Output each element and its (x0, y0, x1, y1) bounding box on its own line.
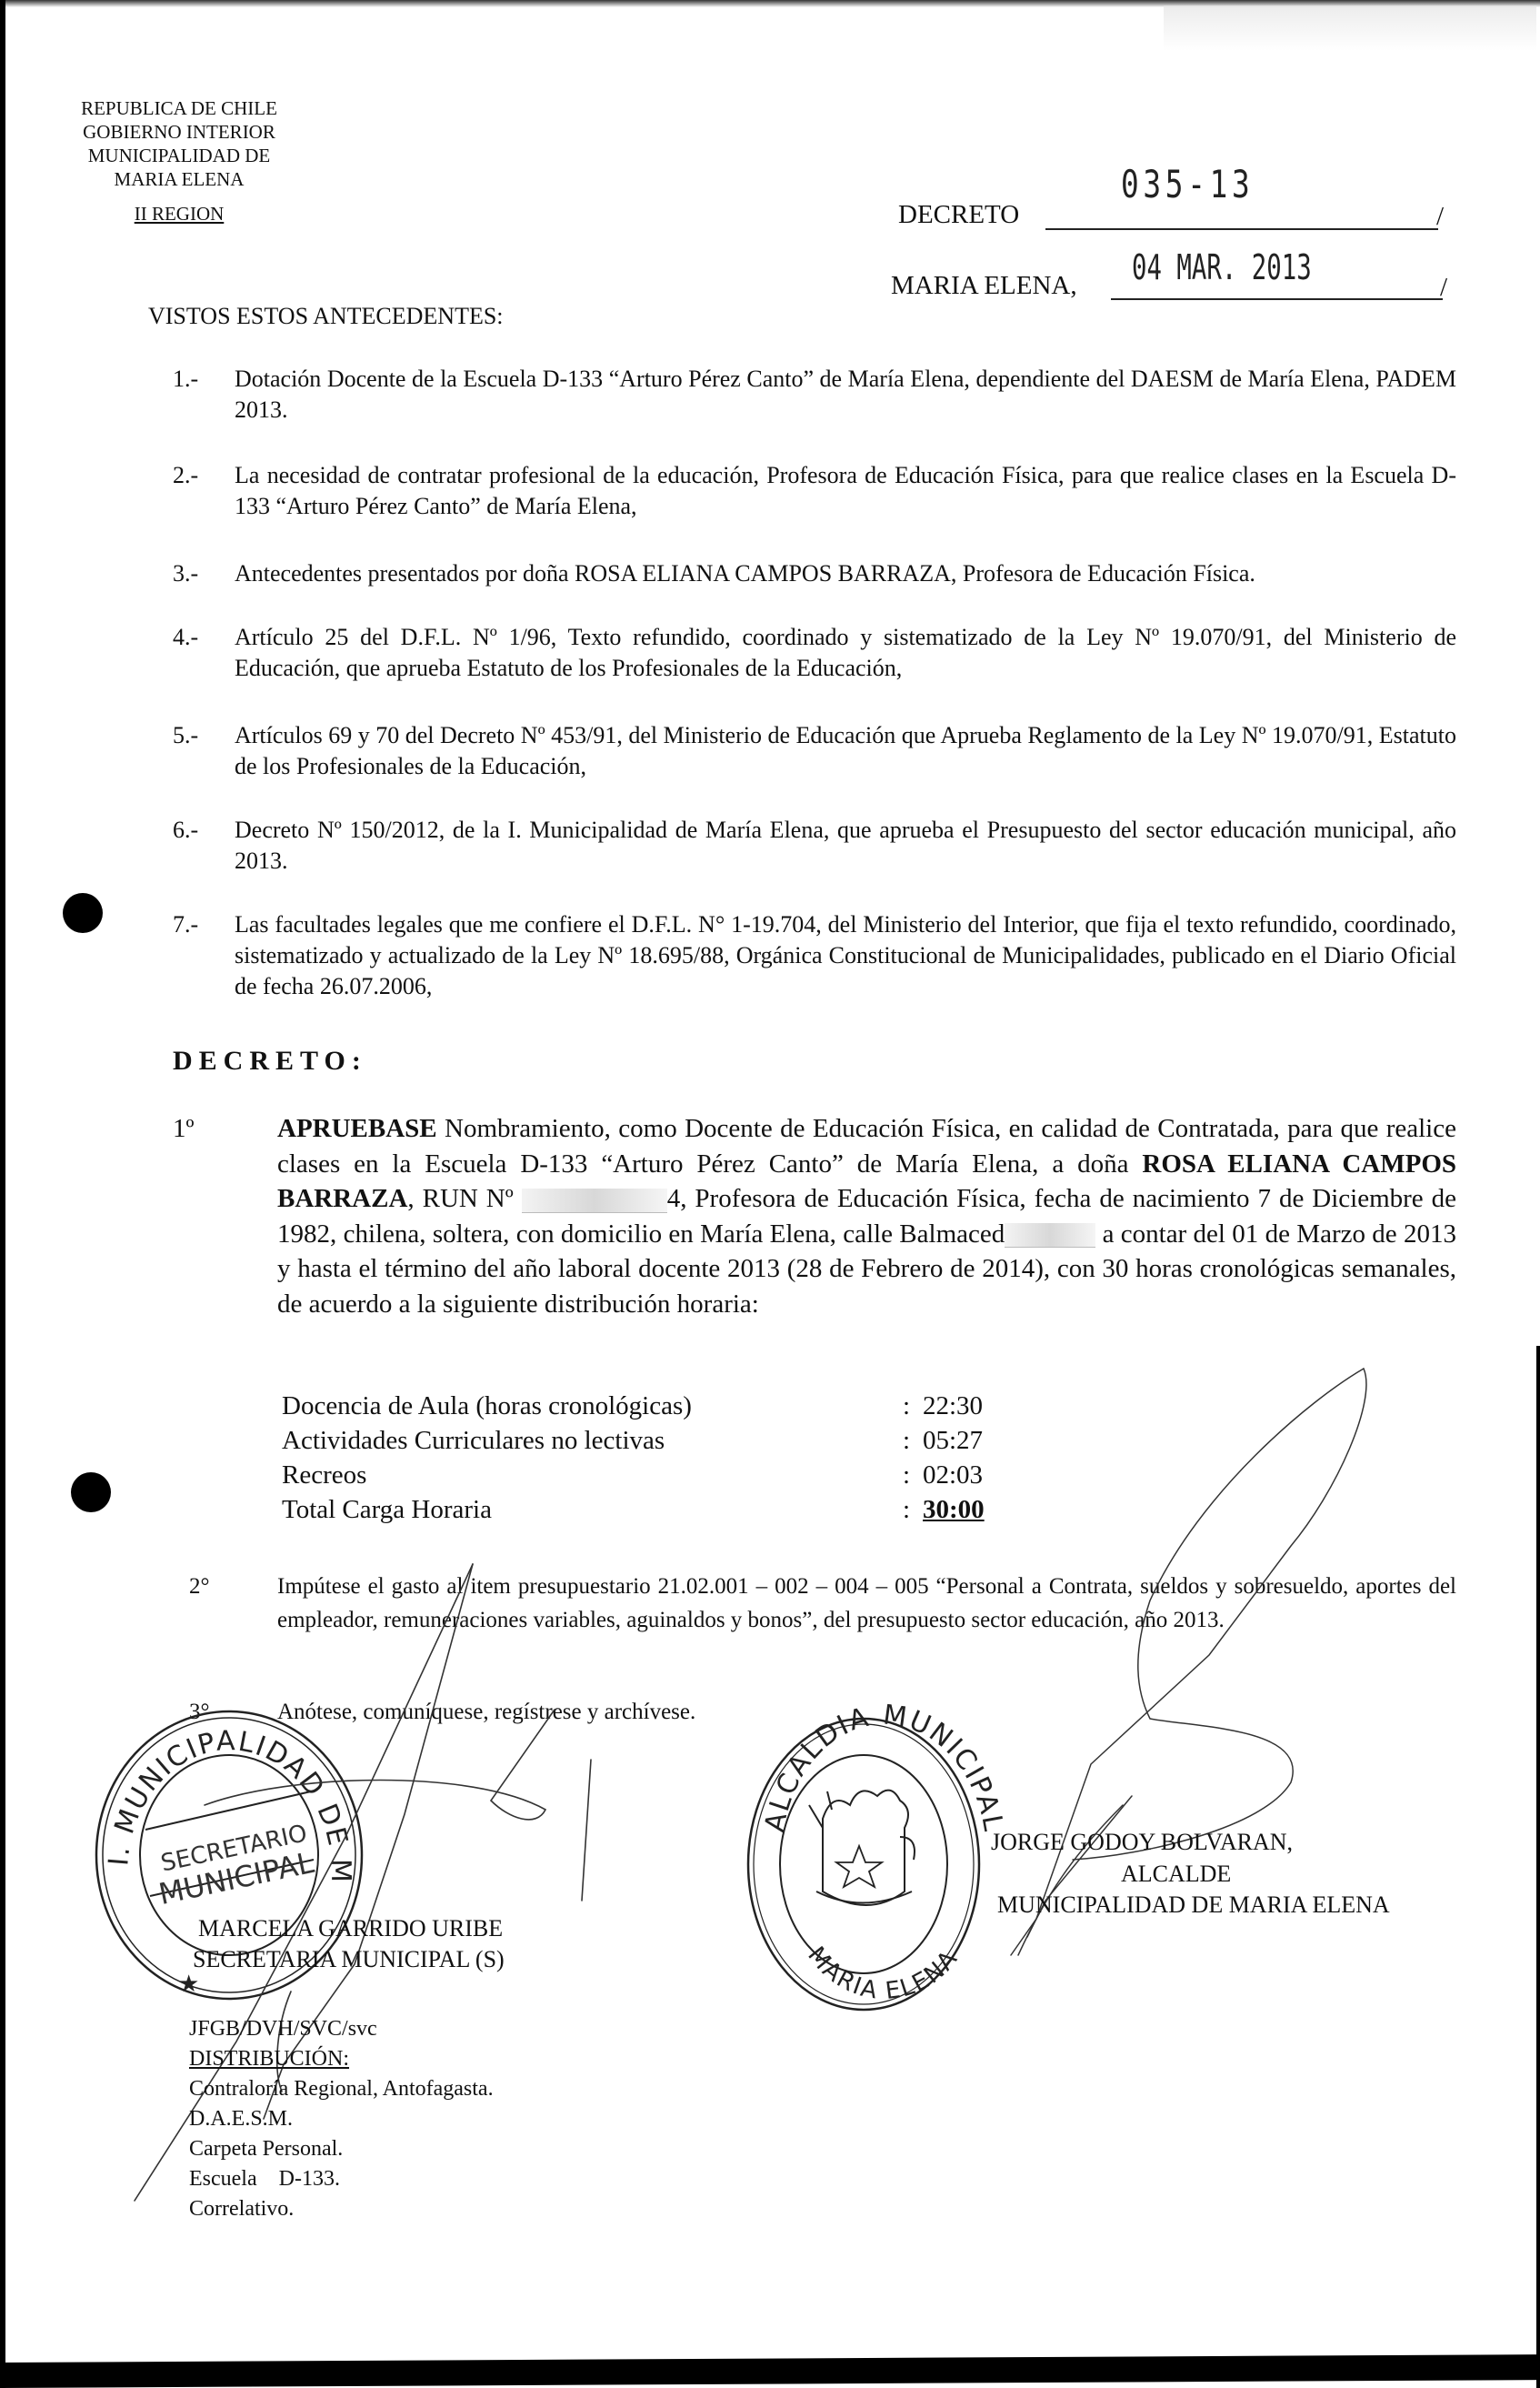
vistos-item-number: 4.- (173, 622, 198, 653)
vistos-item-text: Decreto Nº 150/2012, de la I. Municipali… (235, 815, 1456, 877)
vistos-item-text: Dotación Docente de la Escuela D-133 “Ar… (235, 364, 1456, 426)
schedule-label: Docencia de Aula (horas cronológicas) (282, 1391, 692, 1421)
schedule-value: 02:03 (923, 1460, 983, 1490)
schedule-colon: : (903, 1391, 910, 1421)
secretary-stamp-center-bottom: MUNICIPAL (155, 1845, 316, 1911)
schedule-label: Actividades Curriculares no lectivas (282, 1426, 665, 1456)
redacted-address (1005, 1223, 1095, 1248)
resolution-text: APRUEBASE Nombramiento, como Docente de … (277, 1111, 1456, 1321)
vistos-item-number: 1.- (173, 364, 198, 395)
schedule-total-value: 30:00 (923, 1495, 985, 1525)
vistos-item-number: 5.- (173, 720, 198, 751)
distribution-item: Carpeta Personal. (189, 2134, 343, 2164)
mayor-stamp-ring-bottom: MARIA ELENA (802, 1942, 964, 2005)
decree-number-stamp: 035-13 (1121, 162, 1254, 206)
schedule-colon: : (903, 1460, 910, 1490)
vistos-item-number: 3.- (173, 558, 198, 589)
vistos-item-number: 2.- (173, 460, 198, 491)
secretary-title: SECRETARIA MUNICIPAL (S) (193, 1946, 505, 1973)
decreto-heading: DECRETO: (173, 1046, 367, 1077)
schedule-colon: : (903, 1426, 910, 1456)
letterhead-line: GOBIERNO INTERIOR (61, 120, 297, 144)
resolution-number: 3° (189, 1697, 210, 1728)
redacted-run (522, 1189, 667, 1213)
distribution-item: Correlativo. (189, 2194, 294, 2224)
decree-number-underline (1045, 228, 1438, 230)
distribution-title: DISTRIBUCIÓN: (189, 2044, 349, 2074)
decree-date-underline (1111, 298, 1443, 300)
resolution-bold-lead: APRUEBASE (277, 1114, 437, 1143)
place-label: MARIA ELENA, (891, 271, 1077, 301)
resolution-number: 1º (173, 1111, 195, 1147)
scanned-decree-page: REPUBLICA DE CHILE GOBIERNO INTERIOR MUN… (0, 0, 1540, 2388)
letterhead-region: II REGION (61, 202, 297, 226)
punch-hole (71, 1472, 111, 1512)
letterhead-line: REPUBLICA DE CHILE (61, 96, 297, 120)
scan-right-border (1536, 1346, 1540, 2388)
schedule-label: Total Carga Horaria (282, 1495, 492, 1525)
mayor-stamp (748, 1719, 979, 2010)
vistos-item-text: La necesidad de contratar profesional de… (235, 460, 1456, 522)
vistos-item-text: Antecedentes presentados por doña ROSA E… (235, 558, 1456, 589)
decree-date-stamp: 04 MAR. 2013 (1132, 247, 1312, 287)
scan-left-border (0, 0, 5, 2388)
schedule-colon: : (903, 1495, 910, 1525)
reference-initials: JFGB/DVH/SVC/svc (189, 2014, 377, 2044)
mayor-organization: MUNICIPALIDAD DE MARIA ELENA (997, 1891, 1390, 1919)
distribution-item: D.A.E.S.M. (189, 2104, 293, 2134)
star-icon: ★ (178, 1971, 199, 1998)
resolution-text: Anótese, comuníquese, regístrese y archí… (277, 1697, 1456, 1728)
scan-grey-smudge (1164, 5, 1536, 51)
schedule-value: 05:27 (923, 1426, 983, 1456)
distribution-item: Contraloría Regional, Antofagasta. (189, 2074, 494, 2104)
letterhead-line: MARIA ELENA (61, 167, 297, 191)
mayor-name: JORGE GODOY BOLVARAN, (991, 1829, 1293, 1856)
resolution-text-part: , RUN Nº (407, 1184, 521, 1213)
vistos-item-number: 6.- (173, 815, 198, 846)
mayor-title: ALCALDE (1121, 1861, 1231, 1888)
vistos-item-text: Artículos 69 y 70 del Decreto Nº 453/91,… (235, 720, 1456, 782)
secretary-stamp-center-top: SECRETARIO (158, 1820, 309, 1877)
schedule-label: Recreos (282, 1460, 366, 1490)
decree-label: DECRETO (898, 200, 1019, 230)
vistos-item-number: 7.- (173, 909, 198, 940)
scan-bottom-border (0, 2354, 1540, 2388)
letterhead-line: MUNICIPALIDAD DE (61, 144, 297, 167)
schedule-value: 22:30 (923, 1391, 983, 1421)
vistos-item-text: Las facultades legales que me confiere e… (235, 909, 1456, 1002)
run-suffix: 4 (667, 1184, 681, 1213)
svg-text:MARIA ELENA: MARIA ELENA (802, 1942, 964, 2005)
decree-date-slash: / (1440, 273, 1447, 303)
resolution-text: Impútese el gasto al item presupuestario… (277, 1570, 1456, 1637)
resolution-number: 2° (189, 1570, 210, 1603)
vistos-item-text: Artículo 25 del D.F.L. Nº 1/96, Texto re… (235, 622, 1456, 684)
secretary-name: MARCELA GARRIDO URIBE (198, 1915, 503, 1942)
distribution-item: Escuela D-133. (189, 2164, 340, 2194)
decree-number-slash: / (1436, 202, 1444, 232)
vistos-title: VISTOS ESTOS ANTECEDENTES: (148, 303, 504, 330)
punch-hole (63, 893, 103, 933)
